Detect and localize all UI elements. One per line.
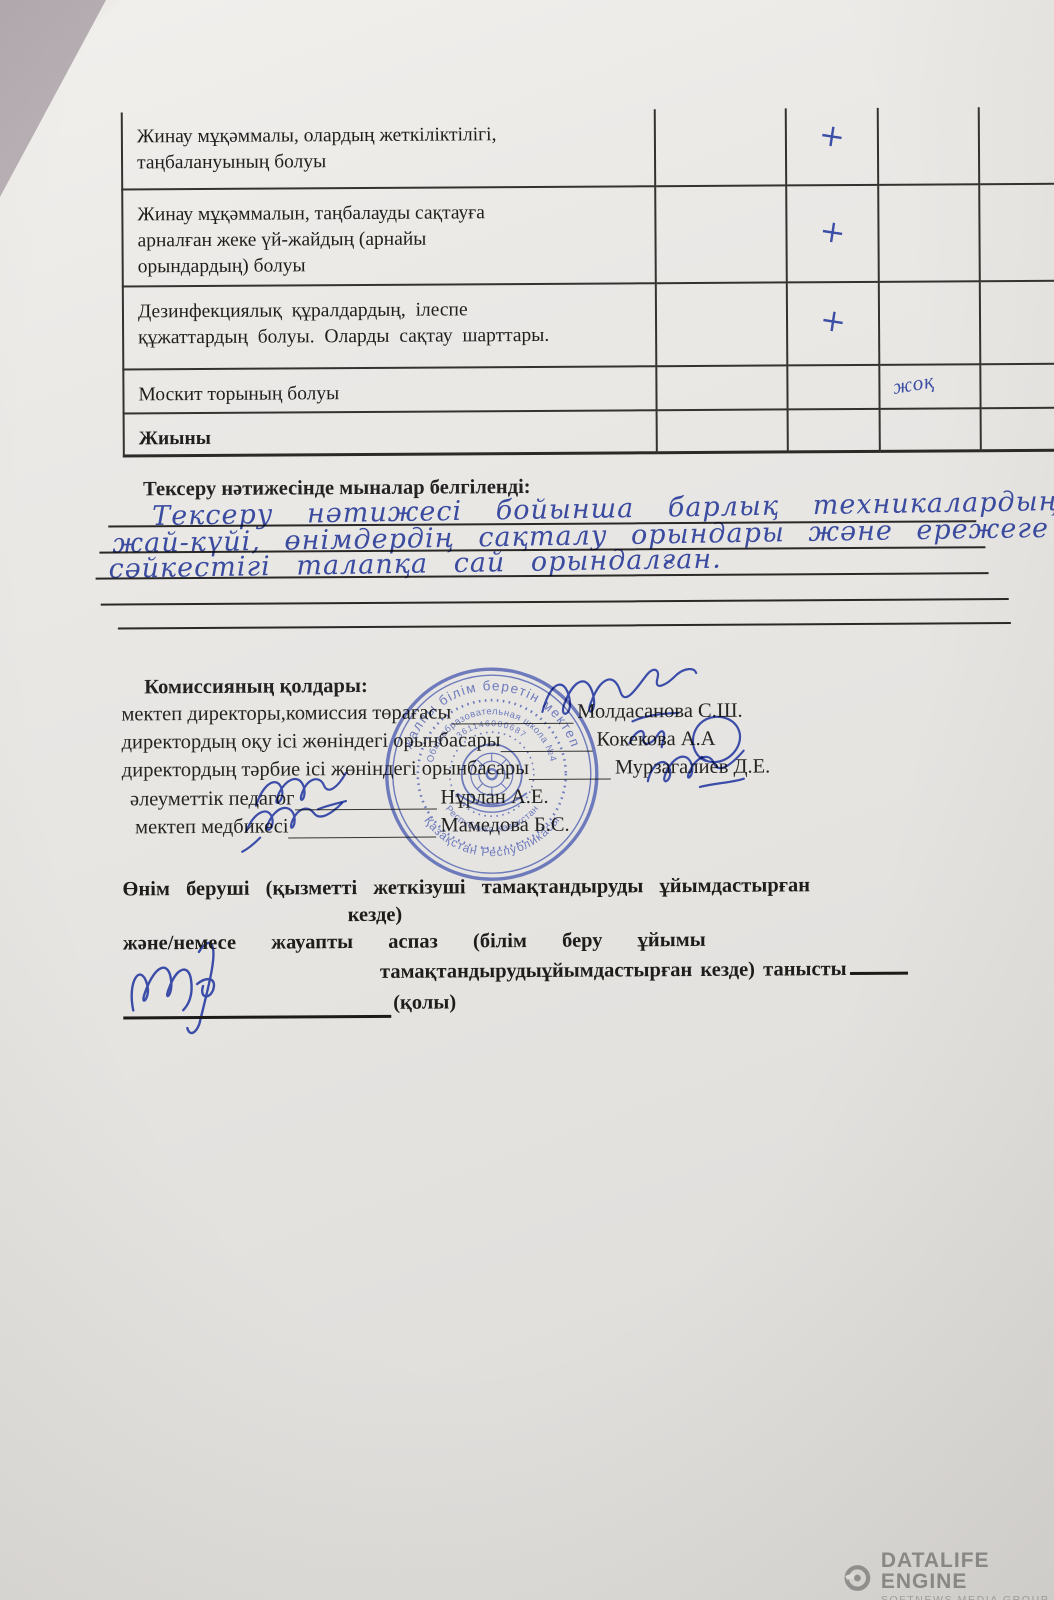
- handwritten-zhoq: жоқ: [890, 366, 936, 401]
- table-row-label: Дезинфекциялық құралдардың, ілеспе құжат…: [122, 284, 657, 370]
- deputy-education-signature: [640, 739, 755, 794]
- table-cell: [881, 409, 982, 453]
- table-cell: [657, 283, 789, 367]
- signature-blank-line: [123, 999, 391, 1020]
- commission-heading: Комиссияның қолдары:: [144, 675, 368, 699]
- table-cell: [658, 410, 789, 454]
- handwritten-plus-mark: +: [817, 299, 849, 344]
- table-cell: [980, 184, 1054, 282]
- watermark-title: DATALIFE ENGINE: [881, 1550, 1054, 1592]
- table-row-label: Жинау мұқәммалы, олардың жеткіліктілігі,…: [121, 109, 656, 190]
- table-cell: [656, 186, 788, 284]
- supplier-line-4: тамақтандырудыұйымдастырған кезде) таныс…: [380, 956, 908, 984]
- photo-of-scanned-document: { "document": { "table": { "rows": [ {"l…: [0, 0, 1054, 1600]
- signature-caption: (қолы): [393, 991, 456, 1014]
- table-cell: [981, 364, 1054, 409]
- stamp-ring-bottom-outer-text: Қазақстан Республикасы: [421, 813, 563, 860]
- table-cell: [879, 185, 981, 283]
- table-cell-checkmark: +: [787, 108, 879, 187]
- short-blank-line: [850, 956, 908, 975]
- page-content: Жинау мұқәммалы, олардың жеткіліктілігі,…: [0, 0, 1054, 1600]
- nurse-signature: [240, 793, 355, 854]
- stamp-ring-bottom-inner-text: Республика Казахстан: [443, 803, 542, 835]
- table-cell: [788, 366, 880, 411]
- table-cell-checkmark: +: [788, 283, 881, 367]
- table-cell: [657, 366, 788, 411]
- supplier-line-2: кезде): [348, 904, 403, 927]
- table-total-label: Жиыны: [123, 411, 658, 457]
- table-cell: [981, 281, 1054, 365]
- watermark: DATALIFE ENGINE SOFTNEWS MEDIA GROUP: [842, 1550, 1054, 1600]
- ruled-line: [101, 598, 1009, 606]
- table-cell: [879, 107, 980, 186]
- inspection-table: Жинау мұқәммалы, олардың жеткіліктілігі,…: [121, 106, 1054, 457]
- table-cell: [982, 408, 1054, 452]
- table-cell: [789, 410, 881, 454]
- handwritten-plus-mark: +: [816, 114, 848, 159]
- watermark-subtitle: SOFTNEWS MEDIA GROUP: [881, 1595, 1054, 1600]
- supplier-line-3: және/немесе жауапты аспаз (білім беру ұй…: [123, 929, 706, 956]
- ruled-line: [118, 622, 1011, 629]
- handwritten-plus-mark: +: [817, 210, 849, 255]
- table-cell-handwritten-no: жоқ: [880, 365, 981, 410]
- datalife-engine-logo-icon: [842, 1560, 873, 1596]
- table-cell: [880, 282, 982, 366]
- table-row-label: Жинау мұқәммалын, таңбалауды сақтауға ар…: [121, 187, 657, 287]
- table-cell-checkmark: +: [787, 186, 880, 284]
- table-cell: [656, 108, 787, 187]
- document-page: Жинау мұқәммалы, олардың жеткіліктілігі,…: [0, 0, 1054, 1600]
- table-cell: [980, 106, 1054, 185]
- table-row-label: Москит торының болуы: [122, 367, 657, 414]
- supplier-line-1: Өнім беруші (қызметті жеткізуші тамақтан…: [122, 874, 810, 901]
